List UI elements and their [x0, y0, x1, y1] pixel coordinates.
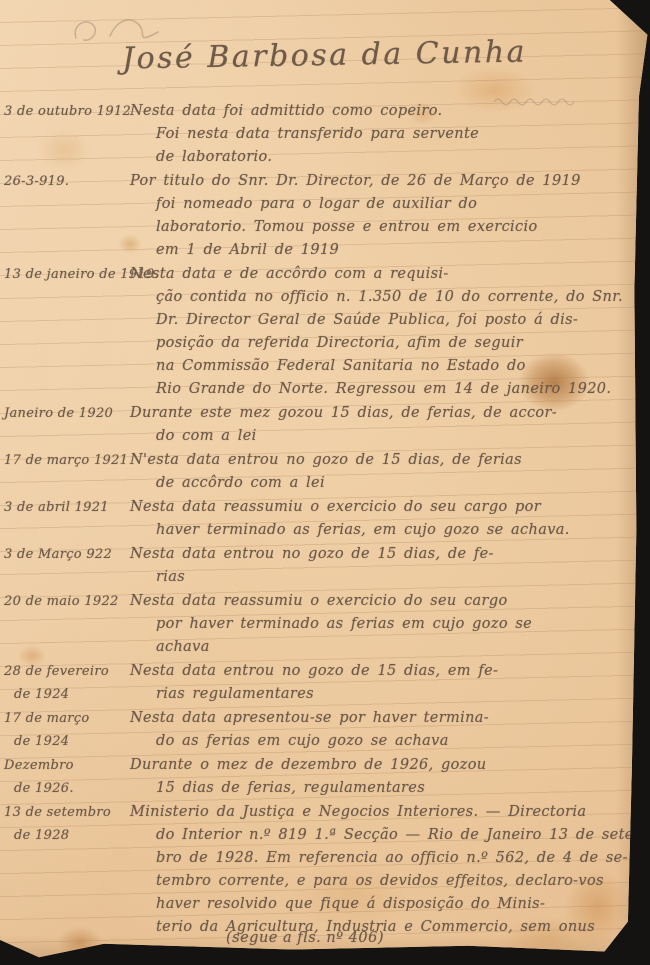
entry-text-line: por haver terminado as ferias em cujo go… [130, 613, 644, 636]
entry-row: 3 de outubro 1912Nesta data foi admittid… [4, 100, 644, 169]
entry-date-line: 3 de outubro 1912 [4, 100, 128, 123]
entry-date-line: 17 de março 1921 [4, 449, 128, 472]
entry-date: 26-3-919. [4, 170, 128, 262]
entry-date-line: 3 de Março 922 [4, 543, 128, 566]
entry-text-line: de laboratorio. [130, 146, 644, 169]
entry-date-line: 3 de abril 1921 [4, 496, 128, 519]
entry-row: Janeiro de 1920Durante este mez gozou 15… [4, 402, 644, 448]
entry-row: 20 de maio 1922Nesta data reassumiu o ex… [4, 590, 644, 659]
entry-date: Dezembrode 1926. [4, 754, 128, 800]
entry-row: 3 de Março 922Nesta data entrou no gozo … [4, 543, 644, 589]
entry-text-line: Rio Grande do Norte. Regressou em 14 de … [130, 378, 644, 401]
entry-text-line: de accôrdo com a lei [130, 472, 644, 495]
entry-text-line: posição da referida Directoria, afim de … [130, 332, 644, 355]
entry-date: 13 de janeiro de 1919. [4, 263, 128, 401]
entry-text-line: haver terminado as ferias, em cujo gozo … [130, 519, 644, 542]
entry-text-line: em 1 de Abril de 1919 [130, 239, 644, 262]
entry-date: 3 de outubro 1912 [4, 100, 128, 169]
entry-text: Ministerio da Justiça e Negocios Interio… [130, 801, 650, 939]
entry-text-line: Nesta data foi admittido como copeiro. [130, 100, 644, 123]
entry-text-line: bro de 1928. Em referencia ao officio n.… [130, 847, 650, 870]
entry-text: Nesta data apresentou-se por haver termi… [130, 707, 644, 753]
entry-text-line: Nesta data reassumiu o exercicio do seu … [130, 590, 644, 613]
entry-row: 13 de setembrode 1928Ministerio da Justi… [4, 801, 644, 939]
entry-text: Nesta data foi admittido como copeiro.Fo… [130, 100, 644, 169]
entry-date: 17 de março 1921 [4, 449, 128, 495]
entry-text-line: N'esta data entrou no gozo de 15 dias, d… [130, 449, 644, 472]
entry-text: Nesta data entrou no gozo de 15 dias, em… [130, 660, 644, 706]
entry-text: Nesta data reassumiu o exercicio do seu … [130, 590, 644, 659]
entry-row: 26-3-919.Por titulo do Snr. Dr. Director… [4, 170, 644, 262]
entry-row: 3 de abril 1921Nesta data reassumiu o ex… [4, 496, 644, 542]
entry-date-line: Janeiro de 1920 [4, 402, 128, 425]
entry-text: Nesta data entrou no gozo de 15 dias, de… [130, 543, 644, 589]
entry-row: Dezembrode 1926.Durante o mez de dezembr… [4, 754, 644, 800]
entry-text: Durante o mez de dezembro de 1926, gozou… [130, 754, 644, 800]
entry-text: Durante este mez gozou 15 dias, de feria… [130, 402, 644, 448]
entry-text-line: rias regulamentares [130, 683, 644, 706]
entry-text-line: Nesta data entrou no gozo de 15 dias, de… [130, 543, 644, 566]
entry-text-line: Por titulo do Snr. Dr. Director, de 26 d… [130, 170, 644, 193]
entry-text-line: foi nomeado para o logar de auxiliar do [130, 193, 644, 216]
entry-text-line: Dr. Director Geral de Saúde Publica, foi… [130, 309, 644, 332]
entry-date: 3 de Março 922 [4, 543, 128, 589]
entry-date: 13 de setembrode 1928 [4, 801, 128, 939]
entry-date-line: 26-3-919. [4, 170, 128, 193]
entry-text-line: ção contida no officio n. 1.350 de 10 do… [130, 286, 644, 309]
entries-container: 3 de outubro 1912Nesta data foi admittid… [4, 100, 644, 940]
entry-row: 28 de fevereirode 1924Nesta data entrou … [4, 660, 644, 706]
entry-text: Por titulo do Snr. Dr. Director, de 26 d… [130, 170, 644, 262]
document-page: José Barbosa da Cunha 3 de outubro 1912N… [0, 0, 650, 965]
entry-text-line: tembro corrente, e para os devidos effei… [130, 870, 650, 893]
entry-date-line: 13 de janeiro de 1919. [4, 263, 128, 286]
entry-text-line: Durante este mez gozou 15 dias, de feria… [130, 402, 644, 425]
entry-text-line: laboratorio. Tomou posse e entrou em exe… [130, 216, 644, 239]
entry-date-line: 28 de fevereiro [4, 660, 128, 683]
entry-text-line: do Interior n.º 819 1.ª Secção — Rio de … [130, 824, 650, 847]
entry-date: 28 de fevereirode 1924 [4, 660, 128, 706]
entry-text: Nesta data reassumiu o exercicio do seu … [130, 496, 644, 542]
entry-date-line: 13 de setembro [4, 801, 128, 824]
entry-text: Nesta data e de accôrdo com a requisi-çã… [130, 263, 644, 401]
page-title: José Barbosa da Cunha [122, 34, 528, 76]
entry-date-line: de 1926. [4, 777, 128, 800]
entry-date: 17 de marçode 1924 [4, 707, 128, 753]
entry-text-line: Durante o mez de dezembro de 1926, gozou [130, 754, 644, 777]
entry-row: 17 de março 1921N'esta data entrou no go… [4, 449, 644, 495]
footer-note: (segue a fls. nº 406) [0, 930, 610, 946]
entry-text-line: na Commissão Federal Sanitaria no Estado… [130, 355, 644, 378]
entry-date-line: Dezembro [4, 754, 128, 777]
entry-date-line: de 1924 [4, 730, 128, 753]
entry-date-line: de 1924 [4, 683, 128, 706]
entry-text-line: Nesta data entrou no gozo de 15 dias, em… [130, 660, 644, 683]
entry-date: 3 de abril 1921 [4, 496, 128, 542]
entry-date: Janeiro de 1920 [4, 402, 128, 448]
entry-text-line: rias [130, 566, 644, 589]
entry-date-line: 20 de maio 1922 [4, 590, 128, 613]
entry-row: 13 de janeiro de 1919.Nesta data e de ac… [4, 263, 644, 401]
entry-row: 17 de marçode 1924Nesta data apresentou-… [4, 707, 644, 753]
entry-text-line: Foi nesta data transferido para servente [130, 123, 644, 146]
entry-text-line: Nesta data e de accôrdo com a requisi- [130, 263, 644, 286]
entry-text: N'esta data entrou no gozo de 15 dias, d… [130, 449, 644, 495]
entry-text-line: haver resolvido que fique á disposição d… [130, 893, 650, 916]
entry-text-line: do as ferias em cujo gozo se achava [130, 730, 644, 753]
entry-text-line: achava [130, 636, 644, 659]
entry-date-line: de 1928 [4, 824, 128, 847]
entry-date: 20 de maio 1922 [4, 590, 128, 659]
entry-text-line: Ministerio da Justiça e Negocios Interio… [130, 801, 650, 824]
entry-text-line: do com a lei [130, 425, 644, 448]
entry-text-line: Nesta data apresentou-se por haver termi… [130, 707, 644, 730]
entry-text-line: Nesta data reassumiu o exercicio do seu … [130, 496, 644, 519]
entry-date-line: 17 de março [4, 707, 128, 730]
entry-text-line: 15 dias de ferias, regulamentares [130, 777, 644, 800]
